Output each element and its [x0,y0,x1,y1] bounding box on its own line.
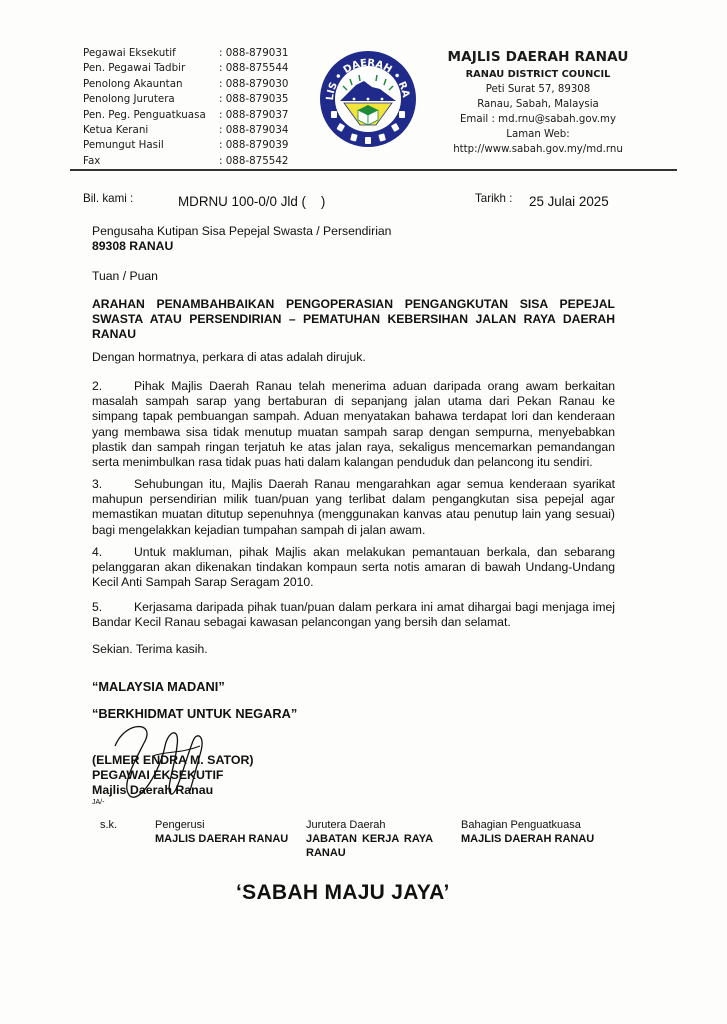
contact-list: Pegawai Eksekutif: 088-879031 Pen. Pegaw… [83,46,288,169]
contact-row: Pen. Pegawai Tadbir: 088-875544 [83,61,288,76]
cc-org: MAJLIS DAERAH RANAU [155,832,295,846]
slogan-berkhidmat: “BERKHIDMAT UNTUK NEGARA” [92,706,615,721]
signatory-org: Majlis Daerah Ranau [92,783,254,798]
typist-initials: JA/- [92,798,254,807]
council-crest-icon: MAJLIS • DAERAH • RANAU [318,49,418,149]
address-line: Peti Surat 57, 89308 [440,82,636,97]
cc-org: JABATAN KERJA RAYA RANAU [306,832,452,860]
paragraph-text: Pihak Majlis Daerah Ranau telah menerima… [92,379,615,469]
cc-recipient: Pengerusi MAJLIS DAERAH RANAU [155,818,295,846]
salutation: Tuan / Puan [92,269,615,284]
reference-number: MDRNU 100-0/0 Jld ( ) [178,194,325,209]
contact-row: Penolong Akauntan: 088-879030 [83,77,288,92]
signatory-name: (ELMER ENDRA M. SATOR) [92,753,254,768]
paragraph-text: Sehubungan itu, Majlis Daerah Ranau meng… [92,477,615,537]
contact-row: Ketua Kerani: 088-879034 [83,123,288,138]
paragraph-number: 5. [92,600,134,615]
email: Email : md.rnu@sabah.gov.my [440,112,636,127]
cc-label: s.k. [100,818,117,832]
recipient-line: Pengusaha Kutipan Sisa Pepejal Swasta / … [92,224,615,239]
paragraph-2: 2.Pihak Majlis Daerah Ranau telah meneri… [92,379,615,470]
contact-row: Pen. Peg. Penguatkuasa: 088-879037 [83,108,288,123]
address-line: Ranau, Sabah, Malaysia [440,97,636,112]
paragraph-5: 5.Kerjasama daripada pihak tuan/puan dal… [92,600,615,630]
paragraph-3: 3.Sehubungan itu, Majlis Daerah Ranau me… [92,477,615,538]
signatory-title: PEGAWAI EKSEKUTIF [92,768,254,783]
contact-row: Pegawai Eksekutif: 088-879031 [83,46,288,61]
paragraph-4: 4.Untuk makluman, pihak Majlis akan mela… [92,545,615,591]
contact-row: Pemungut Hasil: 088-879039 [83,138,288,153]
contact-row: Penolong Jurutera: 088-879035 [83,92,288,107]
paragraph-text: Kerjasama daripada pihak tuan/puan dalam… [92,600,615,629]
slogan-malaysia-madani: “MALAYSIA MADANI” [92,679,615,694]
header-divider [70,169,677,171]
cc-org: MAJLIS DAERAH RANAU [461,832,621,846]
cc-recipient: Jurutera Daerah JABATAN KERJA RAYA RANAU [306,818,452,860]
date-label: Tarikh : [475,192,512,205]
subject-heading: ARAHAN PENAMBAHBAIKAN PENGOPERASIAN PENG… [92,297,615,341]
footer-motto: ‘SABAH MAJU JAYA’ [236,881,450,905]
web-label: Laman Web: [440,127,636,142]
org-name: MAJLIS DAERAH RANAU [440,48,636,66]
cc-role: Jurutera Daerah [306,818,452,832]
cc-role: Bahagian Penguatkuasa [461,818,621,832]
paragraph-number: 2. [92,379,134,394]
signatory-block: (ELMER ENDRA M. SATOR) PEGAWAI EKSEKUTIF… [92,753,254,807]
organisation-block: MAJLIS DAERAH RANAU RANAU DISTRICT COUNC… [440,48,636,157]
paragraph-number: 4. [92,545,134,560]
recipient-block: Pengusaha Kutipan Sisa Pepejal Swasta / … [92,224,615,254]
reference-label: Bil. kami : [83,192,133,205]
cc-role: Pengerusi [155,818,295,832]
paragraph-number: 3. [92,477,134,492]
contact-row: Fax: 088-875542 [83,154,288,169]
cc-recipient: Bahagian Penguatkuasa MAJLIS DAERAH RANA… [461,818,621,846]
web-url: http://www.sabah.gov.my/md.rnu [440,142,636,157]
opening-line: Dengan hormatnya, perkara di atas adalah… [92,350,615,365]
org-subname: RANAU DISTRICT COUNCIL [440,67,636,82]
date-value: 25 Julai 2025 [529,194,609,209]
paragraph-text: Untuk makluman, pihak Majlis akan melaku… [92,545,615,589]
closing-line: Sekian. Terima kasih. [92,642,615,657]
recipient-postcode: 89308 RANAU [92,239,615,254]
